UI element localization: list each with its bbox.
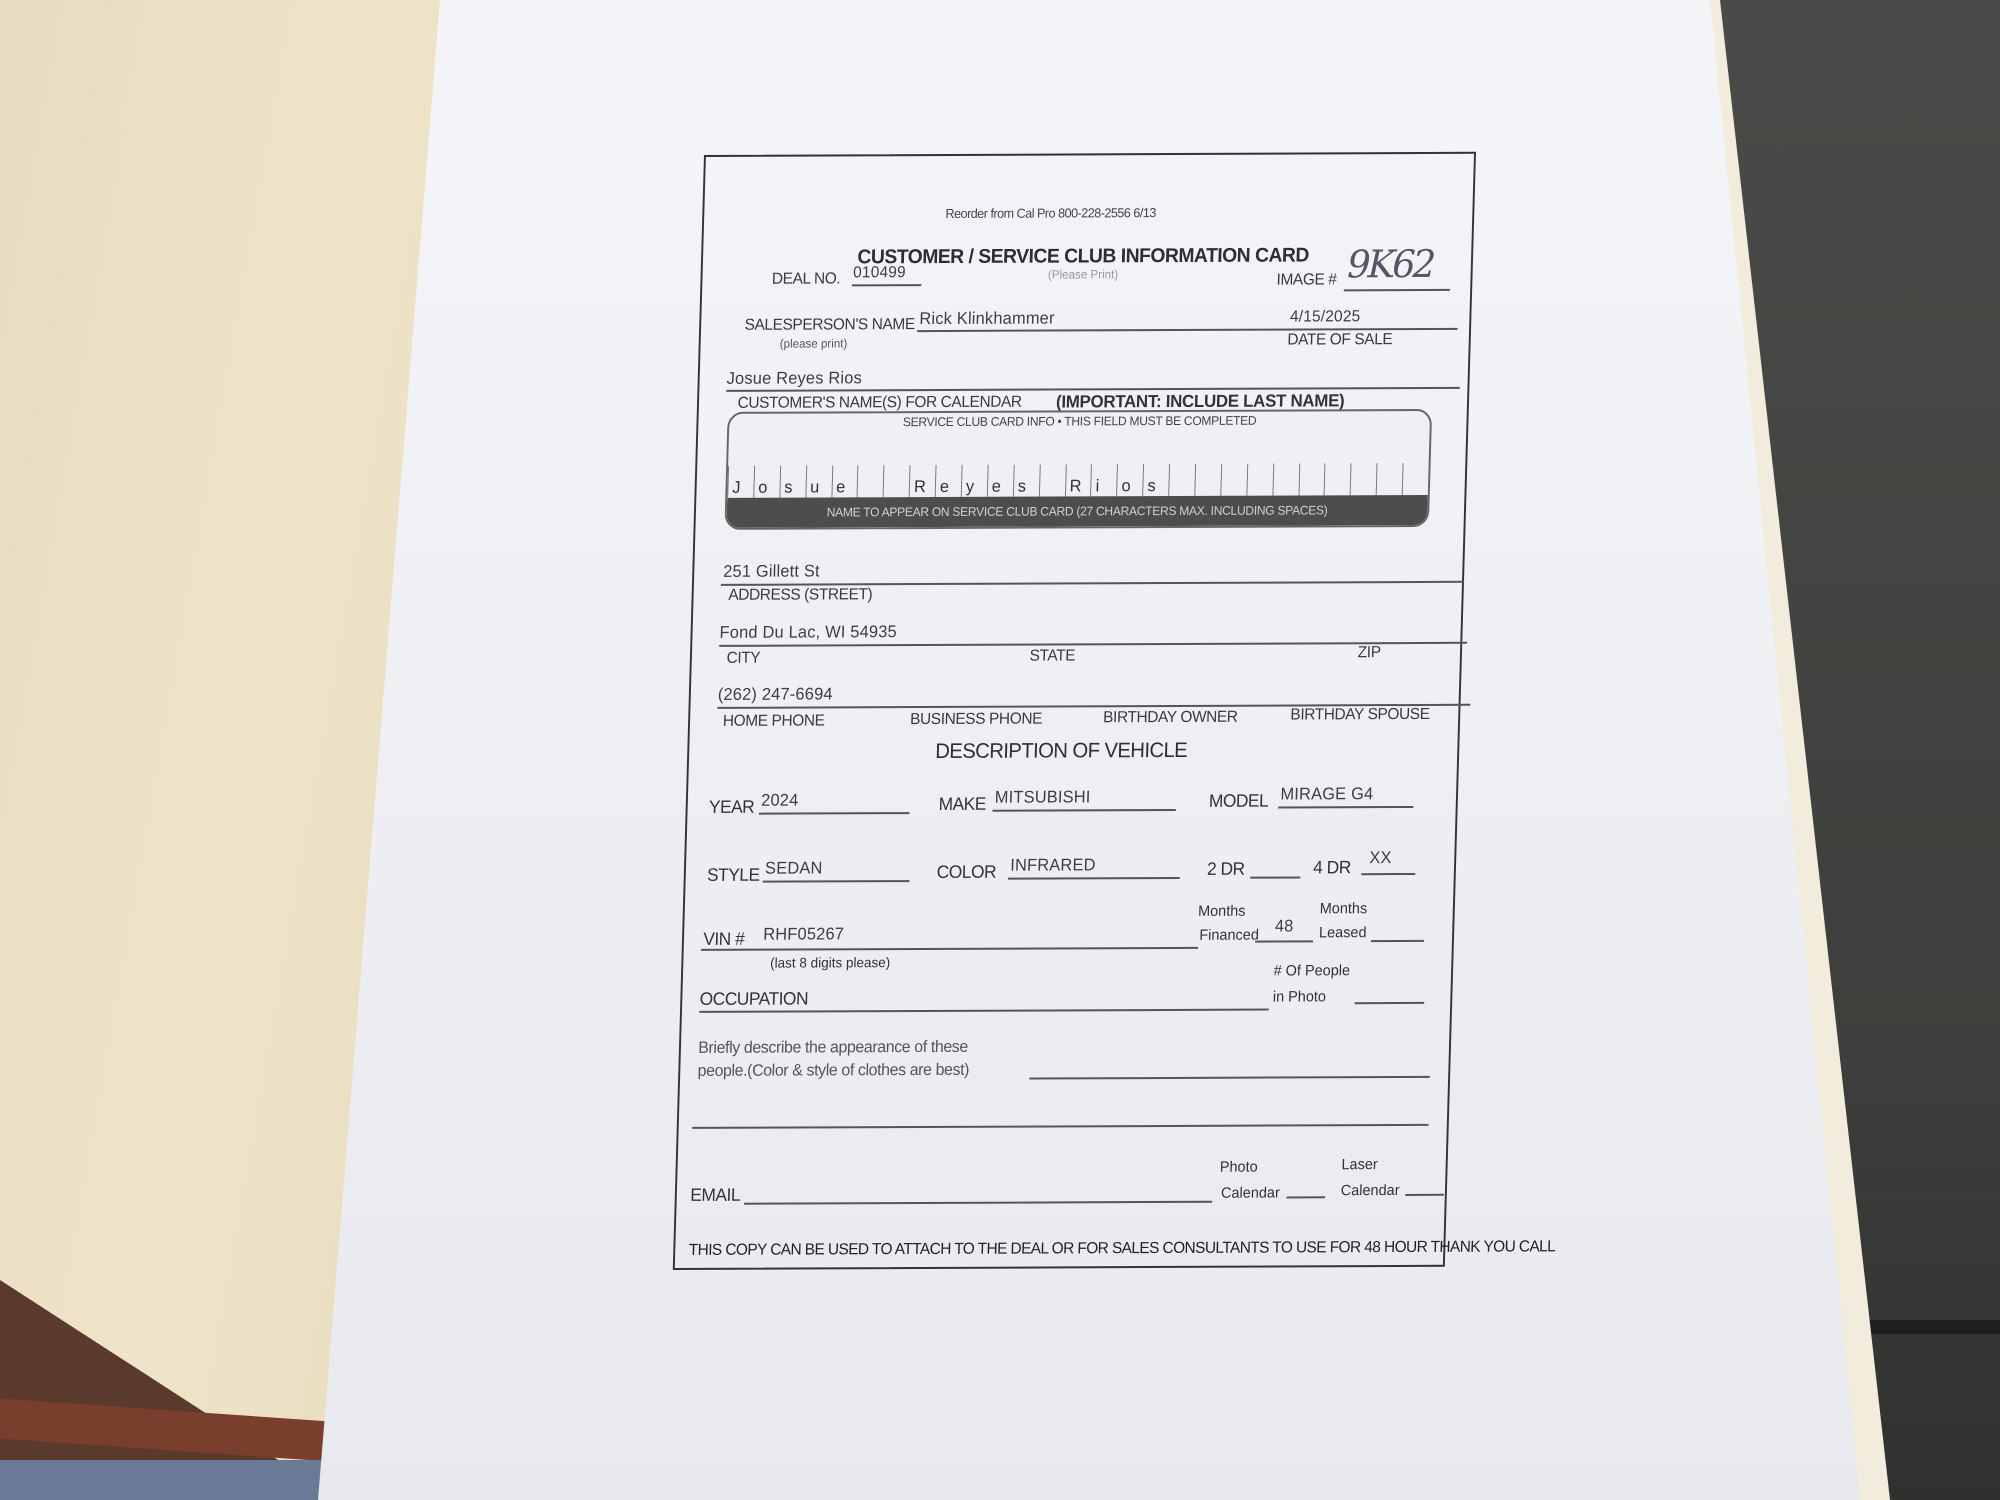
business-phone-label: BUSINESS PHONE <box>910 711 1042 730</box>
appearance-label-line2: people.(Color & style of clothes are bes… <box>697 1061 969 1081</box>
photo-calendar-label-bottom: Calendar <box>1221 1184 1280 1201</box>
card-character-cell[interactable] <box>1324 463 1351 495</box>
service-club-card-footer: NAME TO APPEAR ON SERVICE CLUB CARD (27 … <box>726 495 1427 528</box>
card-character-cell[interactable]: o <box>1116 464 1143 496</box>
laser-calendar-label-bottom: Calendar <box>1341 1182 1400 1199</box>
address-value[interactable]: 251 Gillett St <box>723 561 820 581</box>
card-character: o <box>758 478 768 498</box>
year-value[interactable]: 2024 <box>761 791 799 811</box>
make-label: MAKE <box>938 794 986 815</box>
card-character-cell[interactable] <box>1246 464 1273 496</box>
year-label: YEAR <box>709 797 755 818</box>
laser-calendar-label-top: Laser <box>1341 1156 1378 1173</box>
occupation-label: OCCUPATION <box>699 988 808 1009</box>
floor <box>0 1460 340 1500</box>
people-in-photo-label-bottom: in Photo <box>1273 988 1327 1005</box>
image-no-value[interactable]: 9K62 <box>1347 242 1434 286</box>
service-club-card-field[interactable]: SERVICE CLUB CARD INFO • THIS FIELD MUST… <box>724 409 1432 530</box>
service-club-information-card: Reorder from Cal Pro 800-228-2556 6/13 C… <box>673 152 1476 1270</box>
card-character-cell[interactable] <box>1039 464 1066 496</box>
birthday-owner-label: BIRTHDAY OWNER <box>1103 709 1238 728</box>
service-club-card-header: SERVICE CLUB CARD INFO • THIS FIELD MUST… <box>729 413 1430 430</box>
card-character-cell[interactable]: s <box>1013 465 1040 497</box>
four-door-value[interactable]: XX <box>1369 848 1392 868</box>
photo-calendar-label-top: Photo <box>1220 1159 1258 1176</box>
months-financed-label-top: Months <box>1198 903 1246 920</box>
card-character-cell[interactable] <box>857 465 884 497</box>
card-character-cell[interactable]: J <box>727 466 754 498</box>
card-character-cell[interactable]: s <box>1142 464 1169 496</box>
model-value[interactable]: MIRAGE G4 <box>1280 784 1373 804</box>
card-character-cell[interactable]: i <box>1090 464 1117 496</box>
shelf-edge <box>1860 1320 2000 1334</box>
date-of-sale-value[interactable]: 4/15/2025 <box>1290 308 1361 326</box>
card-character-cell[interactable]: e <box>935 465 962 497</box>
vehicle-section-heading: DESCRIPTION OF VEHICLE <box>935 739 1188 764</box>
four-door-label: 4 DR <box>1313 857 1351 878</box>
months-leased-label-top: Months <box>1319 900 1367 917</box>
form-title: CUSTOMER / SERVICE CLUB INFORMATION CARD <box>857 244 1309 269</box>
card-character: y <box>966 477 975 497</box>
card-character: s <box>1017 477 1026 497</box>
card-character: R <box>914 477 926 497</box>
style-label: STYLE <box>707 865 760 886</box>
color-value[interactable]: INFRARED <box>1010 855 1096 875</box>
card-character-cell[interactable]: R <box>909 465 936 497</box>
address-label: ADDRESS (STREET) <box>728 586 872 605</box>
state-label: STATE <box>1029 647 1075 665</box>
card-character-cell[interactable]: e <box>831 465 858 497</box>
card-character-cell[interactable] <box>1220 464 1247 496</box>
salesperson-sublabel: (please print) <box>780 336 848 350</box>
card-character-cell[interactable]: s <box>779 466 806 498</box>
two-door-label: 2 DR <box>1207 859 1245 880</box>
card-character-cell[interactable]: o <box>753 466 780 498</box>
card-character: e <box>940 477 950 497</box>
card-character-cell[interactable]: u <box>805 465 832 497</box>
card-character-cell[interactable] <box>883 465 910 497</box>
appearance-label-line1: Briefly describe the appearance of these <box>698 1038 968 1058</box>
service-club-card-character-cells[interactable]: JosueReyesRios <box>727 463 1428 498</box>
make-value[interactable]: MITSUBISHI <box>994 787 1090 807</box>
customer-name-value[interactable]: Josue Reyes Rios <box>726 368 862 389</box>
date-of-sale-label: DATE OF SALE <box>1287 331 1392 349</box>
card-character-cell[interactable]: R <box>1065 464 1092 496</box>
card-character-cell[interactable]: y <box>961 465 988 497</box>
card-character-cell[interactable] <box>1402 463 1429 495</box>
image-no-label: IMAGE # <box>1276 271 1336 289</box>
card-character-cell[interactable] <box>1298 463 1325 495</box>
city-label: CITY <box>726 650 760 668</box>
vin-value[interactable]: RHF05267 <box>763 924 844 944</box>
phone-value[interactable]: (262) 247-6694 <box>718 684 833 704</box>
card-character: s <box>784 478 793 498</box>
card-character: i <box>1095 476 1099 496</box>
card-character-cell[interactable] <box>1194 464 1221 496</box>
salesperson-label: SALESPERSON'S NAME <box>744 316 915 335</box>
salesperson-value[interactable]: Rick Klinkhammer <box>919 309 1055 330</box>
card-character: J <box>732 478 741 498</box>
style-value[interactable]: SEDAN <box>765 858 823 878</box>
people-in-photo-label-top: # Of People <box>1273 962 1350 979</box>
card-character-cell[interactable] <box>1350 463 1377 495</box>
model-label: MODEL <box>1209 791 1269 812</box>
email-label: EMAIL <box>690 1185 740 1206</box>
home-phone-label: HOME PHONE <box>723 712 825 730</box>
reorder-note: Reorder from Cal Pro 800-228-2556 6/13 <box>945 205 1156 221</box>
months-financed-label-bottom: Financed <box>1199 927 1259 944</box>
city-state-zip-value[interactable]: Fond Du Lac, WI 54935 <box>719 622 897 643</box>
deal-no-label: DEAL NO. <box>772 270 841 288</box>
card-character-cell[interactable] <box>1168 464 1195 496</box>
card-character-cell[interactable] <box>1376 463 1403 495</box>
card-character-cell[interactable] <box>1272 463 1299 495</box>
card-character: u <box>810 477 820 497</box>
card-character: e <box>992 477 1002 497</box>
months-financed-value[interactable]: 48 <box>1275 916 1294 936</box>
color-label: COLOR <box>936 862 996 883</box>
vin-label: VIN # <box>703 929 745 950</box>
card-character-cell[interactable]: e <box>987 465 1014 497</box>
months-leased-label-bottom: Leased <box>1319 924 1367 941</box>
card-character: e <box>836 477 846 497</box>
zip-label: ZIP <box>1358 644 1381 662</box>
footer-note: THIS COPY CAN BE USED TO ATTACH TO THE D… <box>689 1238 1556 1260</box>
birthday-spouse-label: BIRTHDAY SPOUSE <box>1290 706 1430 725</box>
card-character: s <box>1147 476 1156 496</box>
please-print-note: (Please Print) <box>1048 267 1119 281</box>
card-character: o <box>1121 476 1131 496</box>
deal-no-value[interactable]: 010499 <box>853 264 906 282</box>
vin-sublabel: (last 8 digits please) <box>770 954 891 970</box>
card-character: R <box>1069 476 1081 496</box>
